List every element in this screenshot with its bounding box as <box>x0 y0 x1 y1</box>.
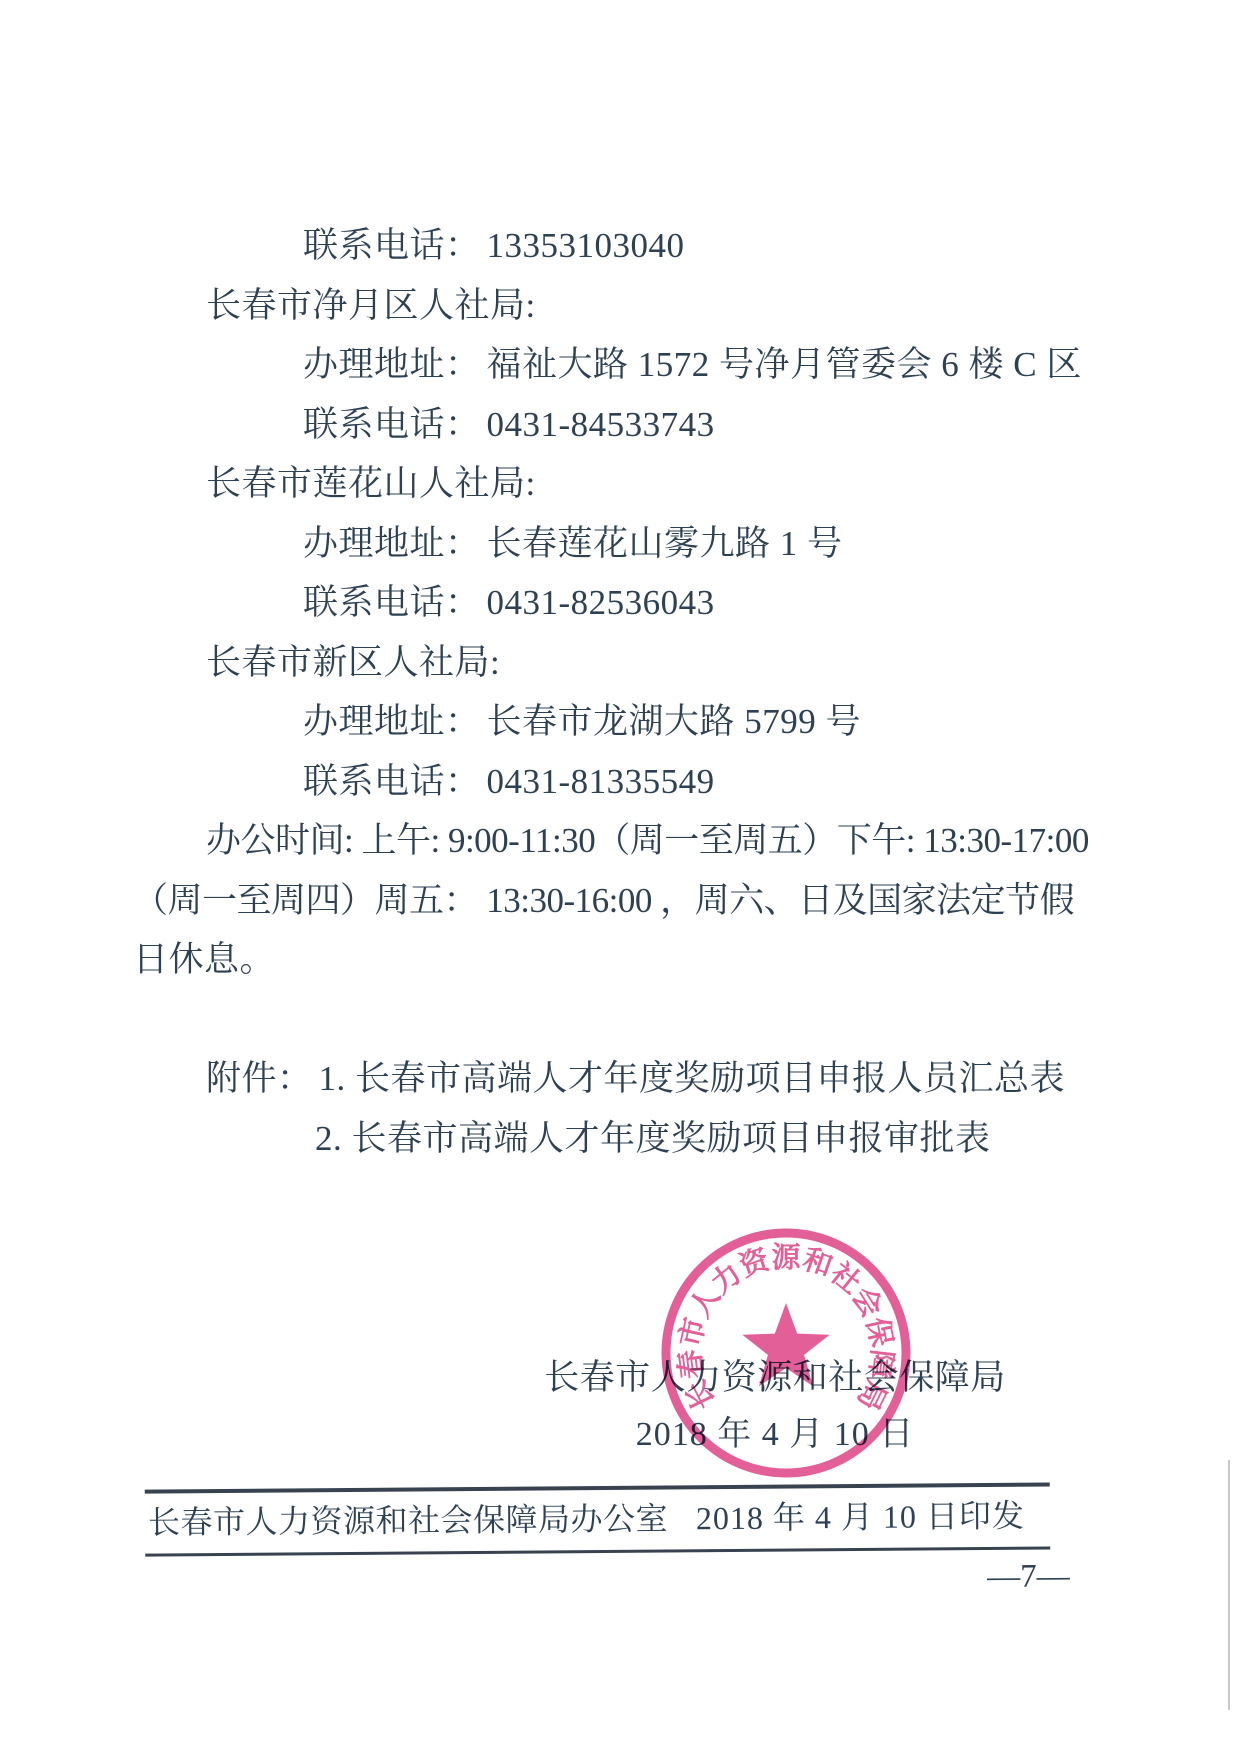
footer-issuing-office: 长春市人力资源和社会保障局办公室 <box>148 1497 668 1543</box>
footer-top-rule <box>145 1482 1050 1493</box>
page-number: —7— <box>958 1556 1098 1597</box>
footer-print-date: 2018 年 4 月 10 日印发 <box>696 1495 1025 1540</box>
footer: 长春市人力资源和社会保障局办公室 2018 年 4 月 10 日印发 —7— <box>0 0 1241 1755</box>
footer-row: 长春市人力资源和社会保障局办公室 2018 年 4 月 10 日印发 <box>0 1493 1241 1545</box>
footer-bottom-rule <box>145 1546 1050 1556</box>
scan-page-edge <box>1228 1460 1230 1710</box>
scanned-document-page: 联系电话：13353103040 长春市净月区人社局: 办理地址：福祉大路 15… <box>0 0 1241 1755</box>
